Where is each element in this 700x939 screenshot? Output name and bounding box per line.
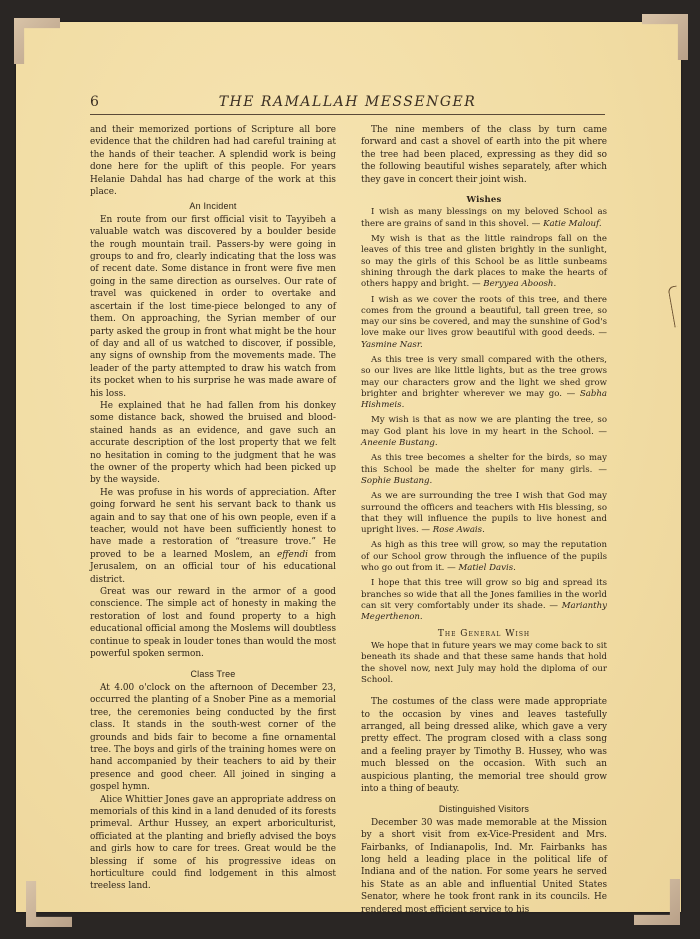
wish-item: I wish as many blessings on my beloved S… (361, 207, 607, 230)
paragraph: He was profuse in his words of appreciat… (90, 487, 336, 586)
wish-item: As this tree becomes a shelter for the b… (361, 453, 607, 487)
wish-author: Beryyea Aboosh. (483, 279, 556, 289)
wish-item: As high as this tree will grow, so may t… (361, 540, 607, 574)
general-wish-text: We hope that in future years we may come… (361, 641, 607, 686)
wish-item: I hope that this tree will grow so big a… (361, 578, 607, 623)
wish-author: Rose Awais. (433, 525, 485, 535)
wish-author: Yasmine Nasr. (361, 340, 423, 350)
wish-item: As this tree is very small compared with… (361, 355, 607, 411)
section-heading-class-tree: Class Tree (90, 668, 336, 680)
paragraph: He explained that he had fallen from his… (90, 400, 336, 487)
wish-item: As we are surrounding the tree I wish th… (361, 491, 607, 536)
paragraph: December 30 was made memorable at the Mi… (361, 817, 607, 916)
wish-item: My wish is that as the little raindrops … (361, 234, 607, 290)
paragraph: Alice Whittier Jones gave an appropriate… (90, 794, 336, 893)
section-heading-wishes: Wishes (361, 194, 607, 206)
paragraph: Great was our reward in the armor of a g… (90, 586, 336, 660)
paragraph: The nine members of the class by turn ca… (361, 124, 607, 186)
wish-author: Sophie Bustang. (361, 476, 432, 486)
paragraph: En route from our first official visit t… (90, 214, 336, 400)
section-heading-visitors: Distinguished Visitors (361, 803, 607, 815)
page-header: 6 THE RAMALLAH MESSENGER (90, 92, 605, 115)
masthead-title: THE RAMALLAH MESSENGER (90, 94, 605, 110)
paragraph: and their memorized portions of Scriptur… (90, 124, 336, 198)
left-column: and their memorized portions of Scriptur… (90, 124, 336, 893)
wish-author: Matiel Davis. (458, 563, 515, 573)
wish-item: My wish is that as now we are planting t… (361, 415, 607, 449)
section-heading-general-wish: The General Wish (361, 628, 607, 640)
paragraph: At 4.00 o'clock on the afternoon of Dece… (90, 682, 336, 794)
italic-term: effendi (277, 550, 308, 560)
wish-author: Katie Malouf. (543, 219, 602, 229)
right-column: The nine members of the class by turn ca… (361, 124, 607, 916)
wishes-list: I wish as many blessings on my beloved S… (361, 207, 607, 623)
paragraph: The costumes of the class were made appr… (361, 696, 607, 795)
wish-item: I wish as we cover the roots of this tre… (361, 295, 607, 351)
section-heading-incident: An Incident (90, 200, 336, 212)
wish-author: Aneenie Bustang. (361, 438, 438, 448)
